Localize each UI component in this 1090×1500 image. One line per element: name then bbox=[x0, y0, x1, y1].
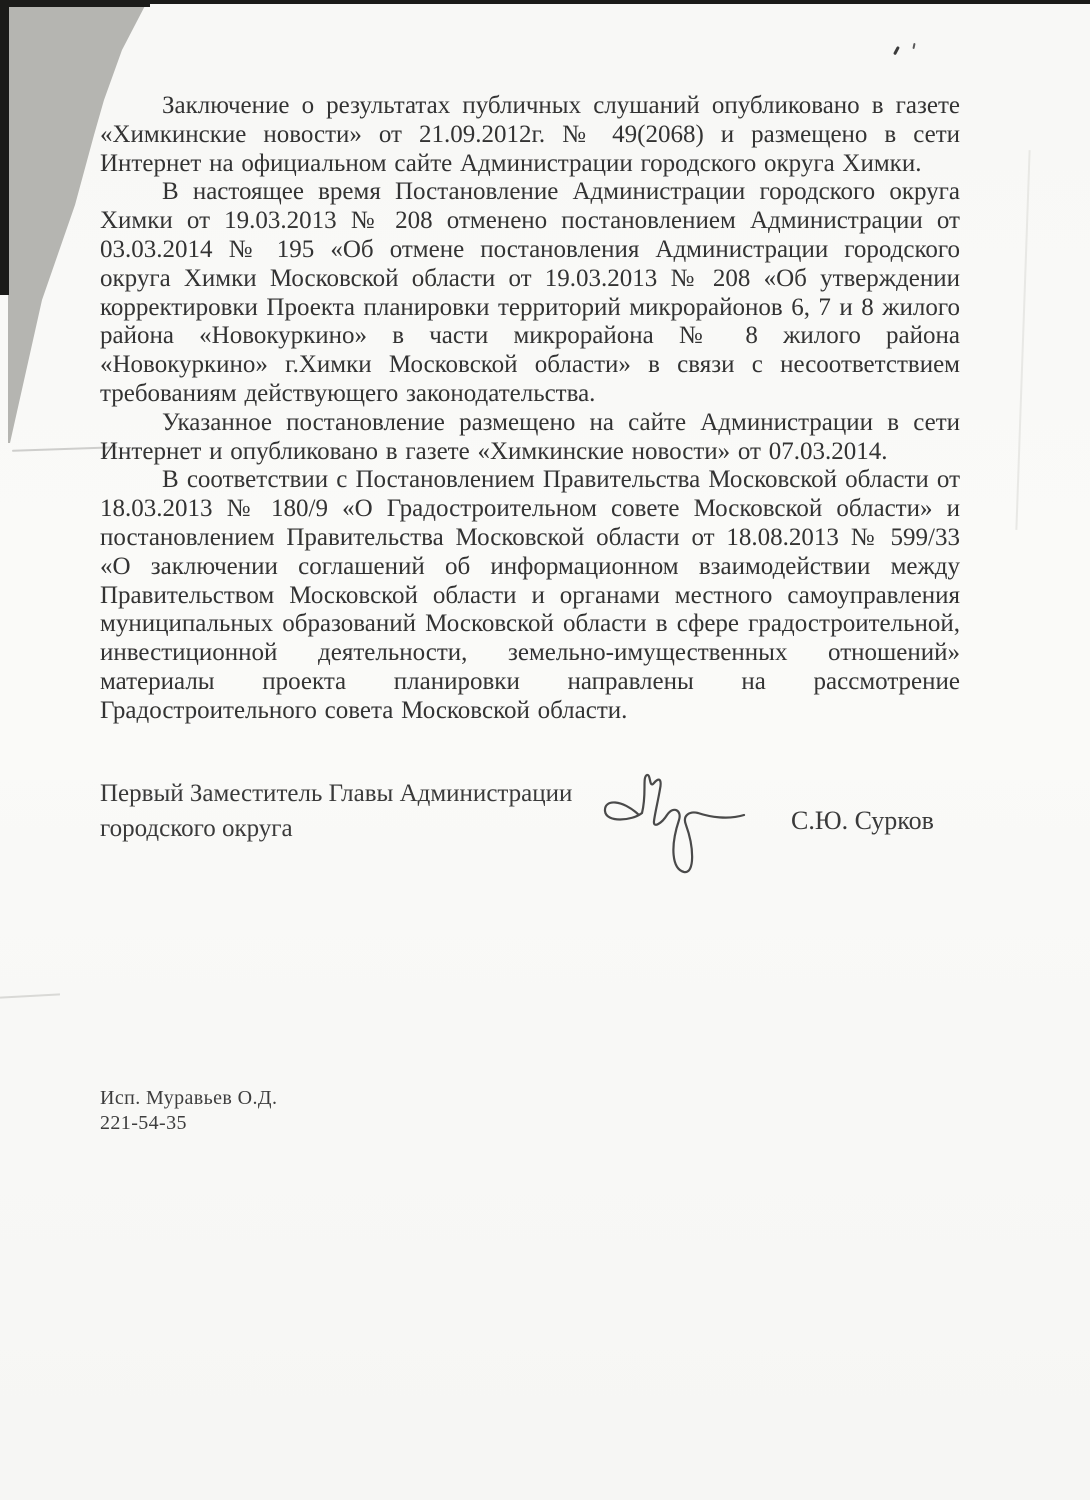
paper-crease bbox=[0, 993, 60, 998]
ink-mark bbox=[893, 46, 899, 55]
handwritten-signature bbox=[592, 763, 752, 881]
paragraph-published-online: Указанное постановление размещено на сай… bbox=[100, 409, 960, 467]
ink-mark bbox=[912, 43, 915, 49]
signature-stroke bbox=[605, 775, 744, 872]
stray-ink-marks bbox=[893, 42, 927, 58]
signer-name: С.Ю. Сурков bbox=[791, 806, 934, 836]
scanned-page: Заключение о результатах публичных слуша… bbox=[0, 0, 1090, 1500]
letter-body: Заключение о результатах публичных слуша… bbox=[100, 92, 960, 726]
executor-block: Исп. Муравьев О.Д. 221-54-35 bbox=[100, 1086, 277, 1136]
scanner-edge-top-left bbox=[0, 0, 150, 7]
scanner-edge-left bbox=[0, 0, 9, 295]
paragraph-hearings-conclusion: Заключение о результатах публичных слуша… bbox=[100, 92, 960, 178]
executor-phone: 221-54-35 bbox=[100, 1111, 277, 1136]
paragraph-resolution-cancelled: В настоящее время Постановление Админист… bbox=[100, 178, 960, 408]
signer-title: Первый Заместитель Главы Администрации г… bbox=[100, 776, 620, 846]
executor-name: Исп. Муравьев О.Д. bbox=[100, 1086, 277, 1111]
paper-crease bbox=[1015, 150, 1030, 530]
paragraph-urban-council: В соответствии с Постановлением Правител… bbox=[100, 466, 960, 725]
scanner-edge-top bbox=[0, 0, 1090, 4]
